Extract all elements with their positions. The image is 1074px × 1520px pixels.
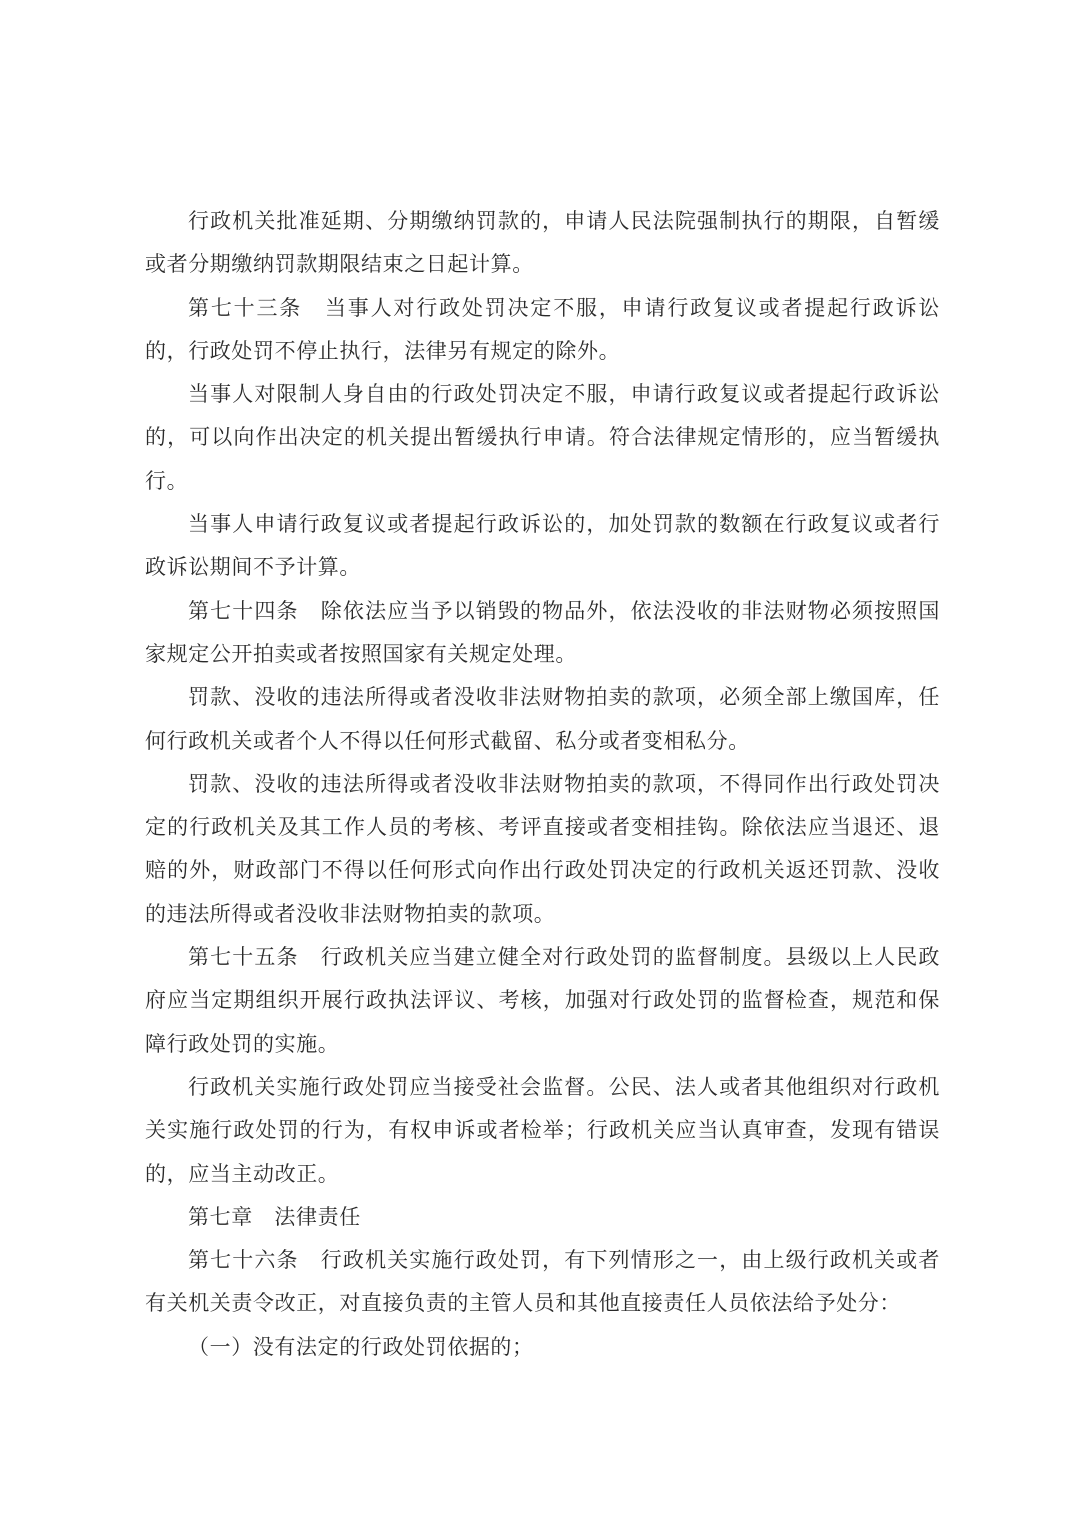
article-74: 第七十四条 除依法应当予以销毁的物品外，依法没收的非法财物必须按照国家规定公开拍…: [145, 590, 940, 677]
paragraph-suspension-request: 当事人对限制人身自由的行政处罚决定不服，申请行政复议或者提起行政诉讼的，可以向作…: [145, 373, 940, 503]
document-page: 行政机关批准延期、分期缴纳罚款的，申请人民法院强制执行的期限，自暂缓或者分期缴纳…: [145, 200, 940, 1369]
paragraph-surcharge-not-counted: 当事人申请行政复议或者提起行政诉讼的，加处罚款的数额在行政复议或者行政诉讼期间不…: [145, 503, 940, 590]
list-item-1: （一）没有法定的行政处罚依据的；: [145, 1326, 940, 1369]
paragraph-social-supervision: 行政机关实施行政处罚应当接受社会监督。公民、法人或者其他组织对行政机关实施行政处…: [145, 1066, 940, 1196]
paragraph-deferred-payment-enforcement: 行政机关批准延期、分期缴纳罚款的，申请人民法院强制执行的期限，自暂缓或者分期缴纳…: [145, 200, 940, 287]
article-75: 第七十五条 行政机关应当建立健全对行政处罚的监督制度。县级以上人民政府应当定期组…: [145, 936, 940, 1066]
article-73: 第七十三条 当事人对行政处罚决定不服，申请行政复议或者提起行政诉讼的，行政处罚不…: [145, 287, 940, 374]
paragraph-treasury-remittance: 罚款、没收的违法所得或者没收非法财物拍卖的款项，必须全部上缴国库，任何行政机关或…: [145, 676, 940, 763]
paragraph-no-performance-linkage: 罚款、没收的违法所得或者没收非法财物拍卖的款项，不得同作出行政处罚决定的行政机关…: [145, 763, 940, 936]
chapter-7-heading: 第七章 法律责任: [145, 1196, 940, 1239]
article-76: 第七十六条 行政机关实施行政处罚，有下列情形之一，由上级行政机关或者有关机关责令…: [145, 1239, 940, 1326]
